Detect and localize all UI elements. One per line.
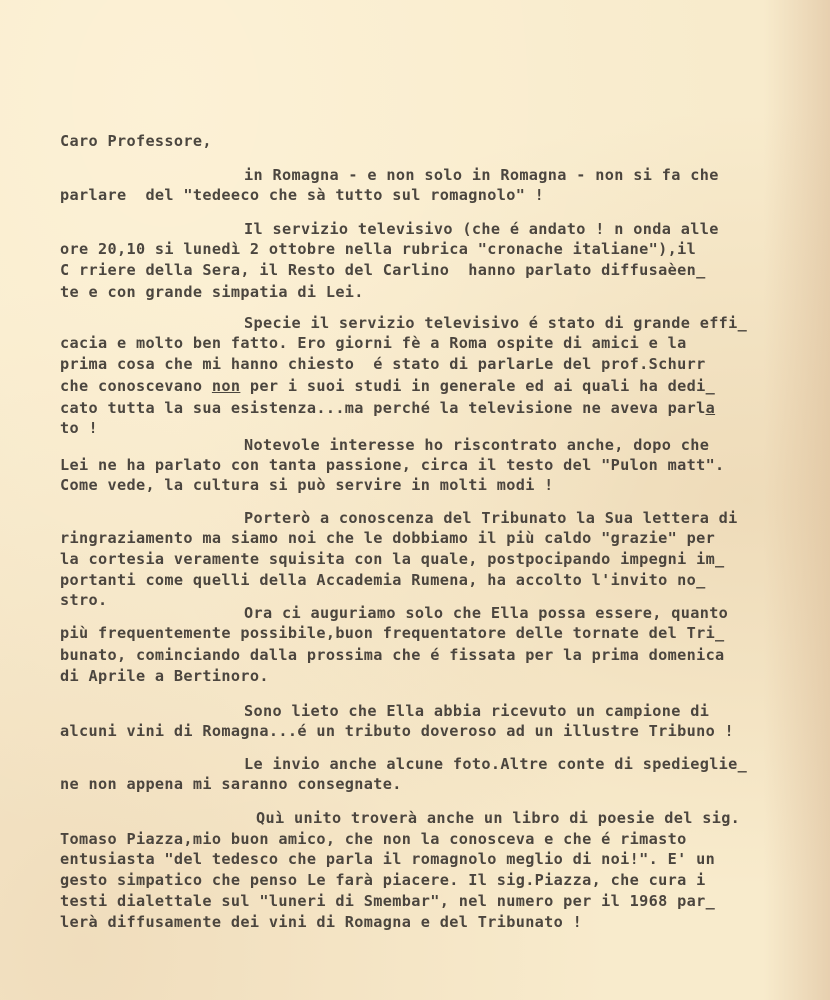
paragraph-5-line-1: Porterò a conoscenza del Tribunato la Su… bbox=[244, 509, 738, 527]
paragraph-3-line-5: cato tutta la sua esistenza...ma perché … bbox=[60, 399, 715, 417]
paragraph-5-line-5: stro. bbox=[60, 591, 107, 609]
text-run: per i suoi studi in generale ed ai quali… bbox=[240, 377, 715, 395]
paragraph-6-line-2: più frequentemente possibile,buon freque… bbox=[60, 624, 725, 642]
underlined-word: non bbox=[212, 377, 240, 395]
paragraph-2-line-3: C rriere della Sera, il Resto del Carlin… bbox=[60, 261, 706, 279]
paragraph-9-line-1: Quì unito troverà anche un libro di poes… bbox=[256, 809, 740, 827]
paragraph-9-line-4: gesto simpatico che penso Le farà piacer… bbox=[60, 871, 706, 889]
text-run: cato tutta la sua esistenza...ma perché … bbox=[60, 399, 706, 417]
paragraph-6-line-3: bunato, cominciando dalla prossima che é… bbox=[60, 646, 725, 664]
paragraph-2-line-4: te e con grande simpatia di Lei. bbox=[60, 283, 364, 301]
paragraph-4-line-1: Notevole interesse ho riscontrato anche,… bbox=[244, 436, 709, 454]
paragraph-5-line-4: portanti come quelli della Accademia Rum… bbox=[60, 571, 706, 589]
paragraph-3-line-6: to ! bbox=[60, 419, 98, 437]
paragraph-7-line-2: alcuni vini di Romagna...é un tributo do… bbox=[60, 722, 734, 740]
paragraph-3-line-2: cacia e molto ben fatto. Ero giorni fè a… bbox=[60, 334, 687, 352]
paragraph-9-line-6: lerà diffusamente dei vini di Romagna e … bbox=[60, 913, 582, 931]
paragraph-2-line-1: Il servizio televisivo (che é andato ! n… bbox=[244, 220, 719, 238]
paragraph-6-line-1: Ora ci auguriamo solo che Ella possa ess… bbox=[244, 604, 728, 622]
paragraph-3-line-1: Specie il servizio televisivo é stato di… bbox=[244, 314, 747, 332]
underlined-letter: a bbox=[706, 399, 716, 417]
paragraph-3-line-4: che conoscevano non per i suoi studi in … bbox=[60, 377, 715, 395]
paragraph-1-line-1: in Romagna - e non solo in Romagna - non… bbox=[244, 166, 719, 184]
paragraph-8-line-1: Le invio anche alcune foto.Altre conte d… bbox=[244, 755, 747, 773]
paragraph-9-line-2: Tomaso Piazza,mio buon amico, che non la… bbox=[60, 830, 687, 848]
paragraph-4-line-3: Come vede, la cultura si può servire in … bbox=[60, 476, 554, 494]
paragraph-5-line-3: la cortesia veramente squisita con la qu… bbox=[60, 550, 725, 568]
paragraph-4-line-2: Lei ne ha parlato con tanta passione, ci… bbox=[60, 456, 725, 474]
paragraph-9-line-5: testi dialettale sul "luneri di Smembar"… bbox=[60, 892, 715, 910]
typewritten-letter: Caro Professore, in Romagna - e non solo… bbox=[0, 0, 830, 1000]
salutation: Caro Professore, bbox=[60, 132, 212, 150]
paragraph-8-line-2: ne non appena mi saranno consegnate. bbox=[60, 775, 402, 793]
paragraph-2-line-2: ore 20,10 si lunedì 2 ottobre nella rubr… bbox=[60, 240, 696, 258]
paragraph-5-line-2: ringraziamento ma siamo noi che le dobbi… bbox=[60, 529, 715, 547]
paragraph-9-line-3: entusiasta "del tedesco che parla il rom… bbox=[60, 850, 715, 868]
paragraph-3-line-3: prima cosa che mi hanno chiesto é stato … bbox=[60, 355, 706, 373]
paragraph-6-line-4: di Aprile a Bertinoro. bbox=[60, 667, 269, 685]
text-run: che conoscevano bbox=[60, 377, 212, 395]
paragraph-7-line-1: Sono lieto che Ella abbia ricevuto un ca… bbox=[244, 702, 709, 720]
paragraph-1-line-2: parlare del "tedeeco che sà tutto sul ro… bbox=[60, 186, 544, 204]
